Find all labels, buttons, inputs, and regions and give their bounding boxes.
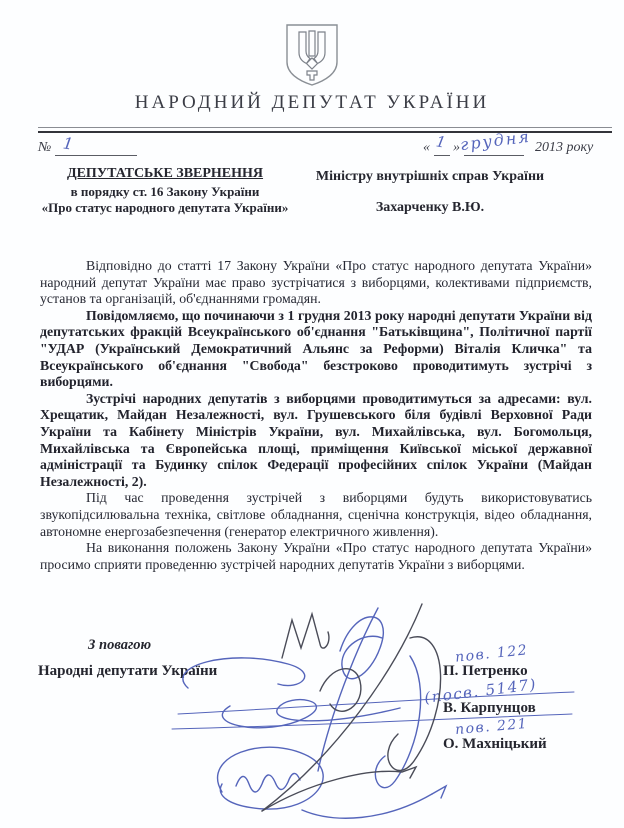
letter-page: НАРОДНИЙ ДЕПУТАТ УКРАЇНИ № 1 « 1 » грудн… [0, 0, 624, 828]
reference-line: № 1 « 1 » грудня 2013 року [0, 138, 624, 162]
signer-name-karpuntsov: В. Карпунцов [443, 700, 536, 717]
reference-number: № 1 [38, 140, 137, 156]
day-blank-line: 1 [434, 140, 450, 156]
paragraph-2: Повідомляємо, що починаючи з 1 грудня 20… [40, 308, 592, 391]
tryzub-icon [282, 22, 342, 88]
signer-name-makhnitskyi: О. Махніцький [443, 736, 547, 753]
document-type-line2: в порядку ст. 16 Закону України [36, 184, 294, 200]
month-blank-line: грудня [464, 140, 524, 156]
coat-of-arms-emblem [0, 22, 624, 93]
page-title: НАРОДНИЙ ДЕПУТАТ УКРАЇНИ [0, 92, 624, 114]
handwritten-number: 1 [61, 133, 74, 153]
document-type-block: ДЕПУТАТСЬКЕ ЗВЕРНЕННЯ в порядку ст. 16 З… [36, 166, 294, 216]
reference-date: « 1 » грудня 2013 року [423, 140, 593, 156]
paragraph-4: Під час проведення зустрічей з виборцями… [40, 490, 592, 540]
letter-body: Відповідно до статті 17 Закону України «… [40, 258, 592, 573]
year-label: 2013 року [535, 140, 593, 155]
addressee-name: Захарченку В.Ю. [300, 200, 560, 216]
signatory-group-label: Народні депутати України [38, 663, 217, 680]
paragraph-1: Відповідно до статті 17 Закону України «… [40, 258, 592, 308]
addressee-block: Міністру внутрішніх справ України Захарч… [300, 169, 560, 216]
close-quote: » [453, 140, 460, 155]
open-quote: « [423, 140, 430, 155]
number-label: № [38, 140, 51, 155]
document-type-line3: «Про статус народного депутата України» [36, 200, 294, 216]
document-type-heading: ДЕПУТАТСЬКЕ ЗВЕРНЕННЯ [36, 166, 294, 182]
handwritten-annotation-3: пов. 221 [454, 716, 528, 738]
number-blank-line: 1 [55, 140, 137, 156]
addressee-title: Міністру внутрішніх справ України [300, 169, 560, 185]
paragraph-5: На виконання положень Закону України «Пр… [40, 540, 592, 573]
handwritten-day: 1 [434, 132, 447, 151]
salutation: З повагою [88, 637, 151, 654]
paragraph-3: Зустрічі народних депутатів з виборцями … [40, 391, 592, 491]
